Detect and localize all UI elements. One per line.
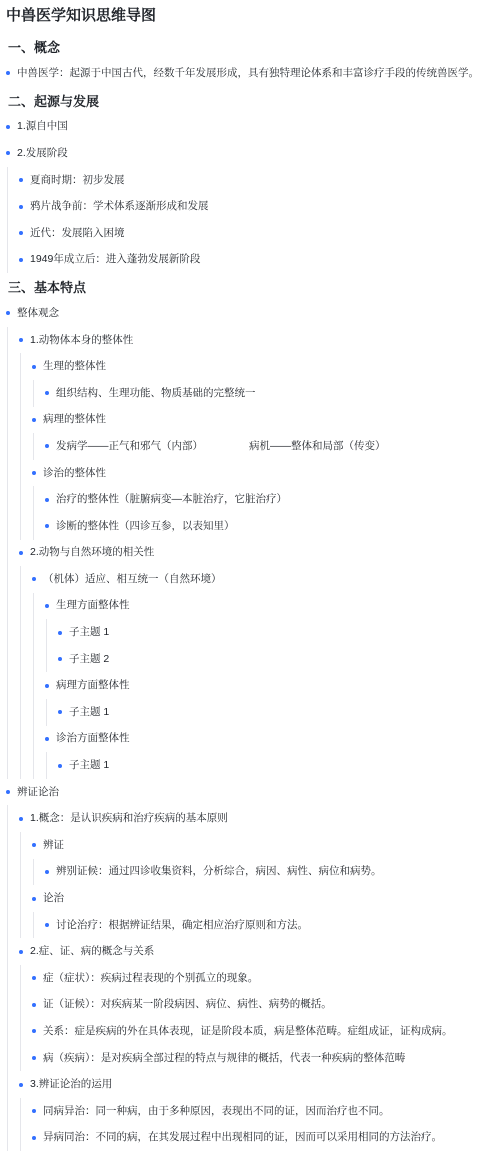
section-heading[interactable]: 一、概念 bbox=[0, 33, 500, 60]
indent-guide-line bbox=[20, 1098, 21, 1125]
outline-item-text[interactable]: 子主题 1 bbox=[0, 759, 109, 772]
outline-item: 症（症状）：疾病过程表现的个别孤立的现象。 bbox=[0, 965, 500, 992]
indent-guide-line bbox=[7, 513, 8, 540]
indent-guide-line bbox=[20, 992, 21, 1019]
outline-item: 论治 bbox=[0, 885, 500, 912]
indent-guide-line bbox=[7, 859, 8, 886]
indent-guide-line bbox=[7, 619, 8, 646]
indent-guide-line bbox=[7, 353, 8, 380]
indent-guide-line bbox=[7, 407, 8, 434]
indent-guide-line bbox=[20, 566, 21, 593]
indent-guide-line bbox=[7, 193, 8, 220]
indent-guide-line bbox=[7, 1125, 8, 1152]
outline-item-text[interactable]: 1.源自中国 bbox=[0, 120, 68, 133]
indent-guide-line bbox=[7, 460, 8, 487]
outline-item: 2.发展阶段 bbox=[0, 140, 500, 167]
indent-guide-line bbox=[7, 220, 8, 247]
indent-guide-line bbox=[20, 859, 21, 886]
indent-guide-line bbox=[33, 726, 34, 753]
outline-item: 组织结构、生理功能、物质基础的完整统一 bbox=[0, 380, 500, 407]
indent-guide-line bbox=[46, 619, 47, 646]
outline-item-text[interactable]: 诊治的整体性 bbox=[0, 467, 106, 480]
outline-item: 子主题 1 bbox=[0, 619, 500, 646]
bullet-icon[interactable] bbox=[19, 258, 23, 262]
bullet-icon[interactable] bbox=[32, 1003, 36, 1007]
bullet-icon[interactable] bbox=[19, 817, 23, 821]
indent-guide-line bbox=[7, 726, 8, 753]
indent-guide-line bbox=[33, 672, 34, 699]
bullet-icon[interactable] bbox=[45, 498, 49, 502]
bullet-icon[interactable] bbox=[32, 897, 36, 901]
section-heading[interactable]: 二、起源与发展 bbox=[0, 87, 500, 114]
indent-guide-line bbox=[7, 566, 8, 593]
outline-item-text[interactable]: 1.概念：是认识疾病和治疗疾病的基本原则 bbox=[0, 812, 228, 825]
indent-guide-line bbox=[20, 433, 21, 460]
indent-guide-line bbox=[20, 885, 21, 912]
indent-guide-line bbox=[20, 1125, 21, 1152]
outline-item-text[interactable]: 诊断的整体性（四诊互参，以表知里） bbox=[0, 520, 235, 533]
outline-item: 异病同治：不同的病，在其发展过程中出现相同的证，因而可以采用相同的方法治疗。 bbox=[0, 1125, 500, 1152]
bullet-icon[interactable] bbox=[32, 365, 36, 369]
indent-guide-line bbox=[33, 593, 34, 620]
outline-item-text[interactable]: 病（疾病）：是对疾病全部过程的特点与规律的概括，代表一种疾病的整体范畴 bbox=[0, 1052, 405, 1065]
page-title[interactable]: 中兽医学知识思维导图 bbox=[0, 0, 500, 33]
bullet-icon[interactable] bbox=[58, 631, 62, 635]
indent-guide-line bbox=[7, 433, 8, 460]
outline-item-text[interactable]: 异病同治：不同的病，在其发展过程中出现相同的证，因而可以采用相同的方法治疗。 bbox=[0, 1131, 442, 1144]
outline-item: 夏商时期：初步发展 bbox=[0, 167, 500, 194]
outline-item: 关系：症是疾病的外在具体表现，证是阶段本质，病是整体范畴。症组成证，证构成病。 bbox=[0, 1018, 500, 1045]
outline-item: 1949年成立后：进入蓬勃发展新阶段 bbox=[0, 247, 500, 274]
outline-item: 生理方面整体性 bbox=[0, 593, 500, 620]
indent-guide-line bbox=[20, 699, 21, 726]
outline-item-text[interactable]: 子主题 1 bbox=[0, 706, 109, 719]
indent-guide-line bbox=[33, 513, 34, 540]
outline-item: 诊断的整体性（四诊互参，以表知里） bbox=[0, 513, 500, 540]
indent-guide-line bbox=[7, 247, 8, 274]
outline-item: 子主题 1 bbox=[0, 752, 500, 779]
outline-item: 子主题 1 bbox=[0, 699, 500, 726]
outline-item-text[interactable]: 关系：症是疾病的外在具体表现，证是阶段本质，病是整体范畴。症组成证，证构成病。 bbox=[0, 1025, 453, 1038]
bullet-icon[interactable] bbox=[19, 205, 23, 209]
outline-item: 1.概念：是认识疾病和治疗疾病的基本原则 bbox=[0, 805, 500, 832]
indent-guide-line bbox=[33, 433, 34, 460]
outline-item: 子主题 2 bbox=[0, 646, 500, 673]
outline-item: 2.症、证、病的概念与关系 bbox=[0, 938, 500, 965]
outline-item-text[interactable]: 同病异治：同一种病，由于多种原因，表现出不同的证，因而治疗也不同。 bbox=[0, 1105, 390, 1118]
outline-item-text[interactable]: 生理的整体性 bbox=[0, 360, 106, 373]
outline-item-text[interactable]: 发病学——正气和邪气（内部） bbox=[0, 440, 203, 453]
indent-guide-line bbox=[7, 938, 8, 965]
outline-item-text[interactable]: 中兽医学：起源于中国古代，经数千年发展形成，具有独特理论体系和丰富诊疗手段的传统… bbox=[0, 67, 479, 80]
outline-item: 2.动物与自然环境的相关性 bbox=[0, 540, 500, 567]
indent-guide-line bbox=[7, 885, 8, 912]
indent-guide-line bbox=[20, 912, 21, 939]
indent-guide-line bbox=[33, 859, 34, 886]
indent-guide-line bbox=[20, 407, 21, 434]
indent-guide-line bbox=[20, 1018, 21, 1045]
outline-item: 诊治方面整体性 bbox=[0, 726, 500, 753]
indent-guide-line bbox=[7, 1071, 8, 1098]
indent-guide-line bbox=[7, 805, 8, 832]
indent-guide-line bbox=[20, 486, 21, 513]
indent-guide-line bbox=[20, 460, 21, 487]
bullet-icon[interactable] bbox=[45, 604, 49, 608]
outline-item-text[interactable]: 症（症状）：疾病过程表现的个别孤立的现象。 bbox=[0, 972, 258, 985]
outline-item-text[interactable]: 辨别证候：通过四诊收集资料，分析综合，病因、病性、病位和病势。 bbox=[0, 865, 382, 878]
indent-guide-line bbox=[7, 593, 8, 620]
outline-item-text[interactable]: 病理的整体性 bbox=[0, 413, 106, 426]
bullet-icon[interactable] bbox=[19, 551, 23, 555]
outline-item: 整体观念 bbox=[0, 300, 500, 327]
outline-item: 病理的整体性 bbox=[0, 407, 500, 434]
outline-item: 辨别证候：通过四诊收集资料，分析综合，病因、病性、病位和病势。 bbox=[0, 859, 500, 886]
outline-item-text-right[interactable]: 病机——整体和局部（传变） bbox=[249, 440, 386, 453]
outline-item: 讨论治疗：根据辨证结果，确定相应治疗原则和方法。 bbox=[0, 912, 500, 939]
bullet-icon[interactable] bbox=[19, 1083, 23, 1087]
outline-item: （机体）适应、相互统一（自然环境） bbox=[0, 566, 500, 593]
indent-guide-line bbox=[20, 593, 21, 620]
outline-item: 辨证论治 bbox=[0, 779, 500, 806]
indent-guide-line bbox=[7, 646, 8, 673]
indent-guide-line bbox=[7, 1018, 8, 1045]
outline-item-text[interactable]: 3.辨证论治的运用 bbox=[0, 1078, 112, 1091]
indent-guide-line bbox=[46, 646, 47, 673]
section-heading[interactable]: 三、基本特点 bbox=[0, 273, 500, 300]
indent-guide-line bbox=[33, 486, 34, 513]
bullet-icon[interactable] bbox=[58, 764, 62, 768]
indent-guide-line bbox=[20, 353, 21, 380]
indent-guide-line bbox=[7, 992, 8, 1019]
mindmap-document: 中兽医学知识思维导图 一、概念中兽医学：起源于中国古代，经数千年发展形成，具有独… bbox=[0, 0, 500, 1155]
indent-guide-line bbox=[20, 672, 21, 699]
indent-guide-line bbox=[33, 752, 34, 779]
outline-item: 证（证候）：对疾病某一阶段病因、病位、病性、病势的概括。 bbox=[0, 992, 500, 1019]
indent-guide-line bbox=[20, 965, 21, 992]
indent-guide-line bbox=[20, 619, 21, 646]
outline-item: 辨证 bbox=[0, 832, 500, 859]
outline-item-text[interactable]: 2.动物与自然环境的相关性 bbox=[0, 546, 154, 559]
outline-item: 治疗的整体性（脏腑病变—本脏治疗，它脏治疗） bbox=[0, 486, 500, 513]
outline-item: 1.动物体本身的整体性 bbox=[0, 327, 500, 354]
indent-guide-line bbox=[33, 699, 34, 726]
indent-guide-line bbox=[33, 912, 34, 939]
indent-guide-line bbox=[7, 912, 8, 939]
indent-guide-line bbox=[20, 646, 21, 673]
indent-guide-line bbox=[46, 752, 47, 779]
outline-item-text[interactable]: 2.发展阶段 bbox=[0, 147, 68, 160]
outline-item: 近代：发展陷入困境 bbox=[0, 220, 500, 247]
indent-guide-line bbox=[7, 486, 8, 513]
outline-item: 鸦片战争前：学术体系逐渐形成和发展 bbox=[0, 193, 500, 220]
outline-item-text[interactable]: 鸦片战争前：学术体系逐渐形成和发展 bbox=[0, 200, 209, 213]
bullet-icon[interactable] bbox=[32, 418, 36, 422]
outline-item: 3.辨证论治的运用 bbox=[0, 1071, 500, 1098]
indent-guide-line bbox=[33, 380, 34, 407]
indent-guide-line bbox=[7, 965, 8, 992]
bullet-icon[interactable] bbox=[32, 1136, 36, 1140]
outline-item-text[interactable]: 2.症、证、病的概念与关系 bbox=[0, 945, 154, 958]
indent-guide-line bbox=[7, 672, 8, 699]
indent-guide-line bbox=[7, 699, 8, 726]
outline: 一、概念中兽医学：起源于中国古代，经数千年发展形成，具有独特理论体系和丰富诊疗手… bbox=[0, 33, 500, 1151]
bullet-icon[interactable] bbox=[32, 471, 36, 475]
bullet-icon[interactable] bbox=[6, 125, 10, 129]
outline-item-text[interactable]: 组织结构、生理功能、物质基础的完整统一 bbox=[0, 387, 256, 400]
outline-item: 病理方面整体性 bbox=[0, 672, 500, 699]
indent-guide-line bbox=[33, 646, 34, 673]
outline-item: 诊治的整体性 bbox=[0, 460, 500, 487]
outline-item: 发病学——正气和邪气（内部）病机——整体和局部（传变） bbox=[0, 433, 500, 460]
bullet-icon[interactable] bbox=[45, 870, 49, 874]
indent-guide-line bbox=[20, 752, 21, 779]
indent-guide-line bbox=[20, 513, 21, 540]
indent-guide-line bbox=[33, 619, 34, 646]
indent-guide-line bbox=[7, 1098, 8, 1125]
bullet-icon[interactable] bbox=[45, 684, 49, 688]
indent-guide-line bbox=[7, 1045, 8, 1072]
indent-guide-line bbox=[46, 699, 47, 726]
outline-item-text[interactable]: 子主题 2 bbox=[0, 653, 109, 666]
indent-guide-line bbox=[7, 327, 8, 354]
outline-item-text[interactable]: 子主题 1 bbox=[0, 626, 109, 639]
indent-guide-line bbox=[20, 1045, 21, 1072]
outline-item: 生理的整体性 bbox=[0, 353, 500, 380]
outline-item-text[interactable]: 证（证候）：对疾病某一阶段病因、病位、病性、病势的概括。 bbox=[0, 998, 332, 1011]
outline-item: 1.源自中国 bbox=[0, 114, 500, 141]
indent-guide-line bbox=[20, 380, 21, 407]
indent-guide-line bbox=[7, 380, 8, 407]
outline-item-text[interactable]: 治疗的整体性（脏腑病变—本脏治疗，它脏治疗） bbox=[0, 493, 287, 506]
bullet-icon[interactable] bbox=[45, 737, 49, 741]
outline-item: 同病异治：同一种病，由于多种原因，表现出不同的证，因而治疗也不同。 bbox=[0, 1098, 500, 1125]
indent-guide-line bbox=[7, 167, 8, 194]
indent-guide-line bbox=[7, 832, 8, 859]
indent-guide-line bbox=[7, 752, 8, 779]
outline-item-text[interactable]: 1949年成立后：进入蓬勃发展新阶段 bbox=[0, 253, 200, 266]
outline-item: 病（疾病）：是对疾病全部过程的特点与规律的概括，代表一种疾病的整体范畴 bbox=[0, 1045, 500, 1072]
indent-guide-line bbox=[20, 726, 21, 753]
indent-guide-line bbox=[20, 832, 21, 859]
indent-guide-line bbox=[7, 540, 8, 567]
bullet-icon[interactable] bbox=[19, 950, 23, 954]
outline-item: 中兽医学：起源于中国古代，经数千年发展形成，具有独特理论体系和丰富诊疗手段的传统… bbox=[0, 60, 500, 87]
